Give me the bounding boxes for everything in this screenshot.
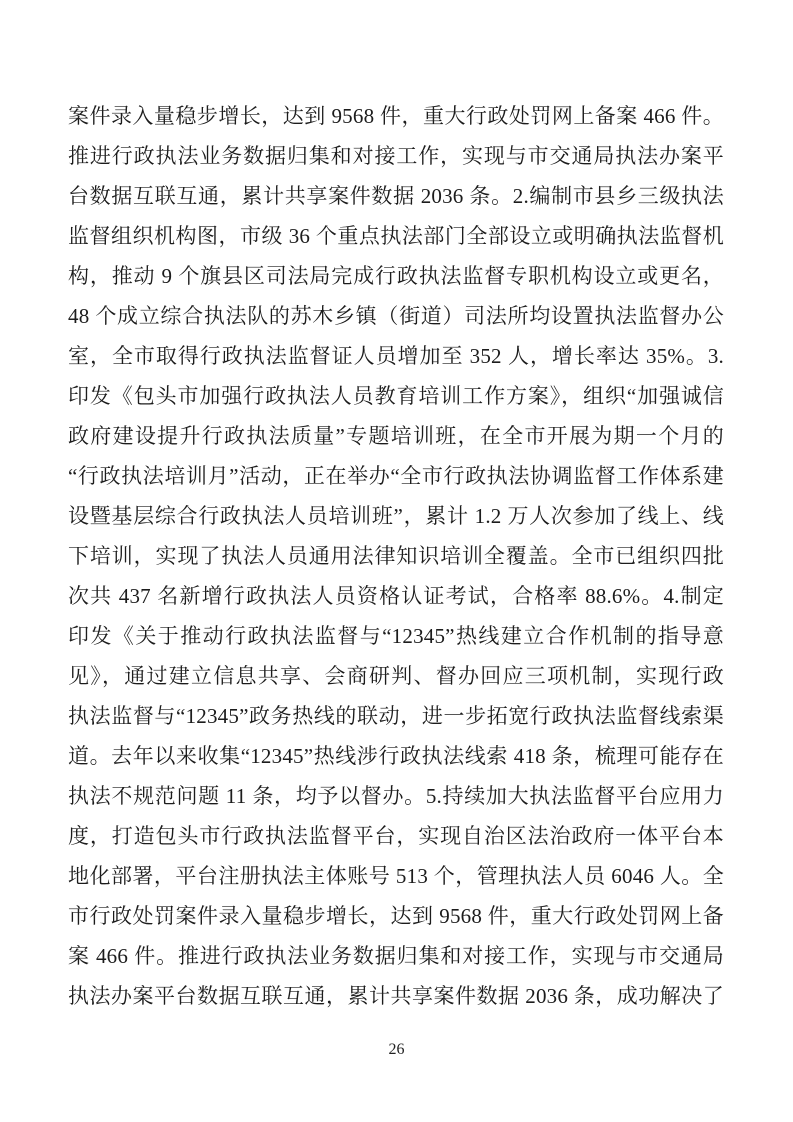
text-line: 度，打造包头市行政执法监督平台，实现自治区法治政府一体平台本 — [68, 816, 724, 856]
text-line: 室，全市取得行政执法监督证人员增加至 352 人，增长率达 35%。3. — [68, 336, 724, 376]
text-line: 执法监督与“12345”政务热线的联动，进一步拓宽行政执法监督线索渠 — [68, 696, 724, 736]
text-line: 印发《包头市加强行政执法人员教育培训工作方案》，组织“加强诚信 — [68, 376, 724, 416]
text-line: 见》，通过建立信息共享、会商研判、督办回应三项机制，实现行政 — [68, 656, 724, 696]
document-page: 案件录入量稳步增长，达到 9568 件，重大行政处罚网上备案 466 件。推进行… — [0, 0, 793, 1122]
text-line: 市行政处罚案件录入量稳步增长，达到 9568 件，重大行政处罚网上备 — [68, 896, 724, 936]
text-line: 执法不规范问题 11 条，均予以督办。5.持续加大执法监督平台应用力 — [68, 776, 724, 816]
text-line: 构，推动 9 个旗县区司法局完成行政执法监督专职机构设立或更名， — [68, 256, 724, 296]
page-number: 26 — [0, 1040, 793, 1060]
text-line: 案件录入量稳步增长，达到 9568 件，重大行政处罚网上备案 466 件。 — [68, 96, 724, 136]
text-line: 48 个成立综合执法队的苏木乡镇（街道）司法所均设置执法监督办公 — [68, 296, 724, 336]
text-line: 执法办案平台数据互联互通，累计共享案件数据 2036 条，成功解决了 — [68, 976, 724, 1016]
text-line: 下培训，实现了执法人员通用法律知识培训全覆盖。全市已组织四批 — [68, 536, 724, 576]
text-line: 印发《关于推动行政执法监督与“12345”热线建立合作机制的指导意 — [68, 616, 724, 656]
text-line: 监督组织机构图，市级 36 个重点执法部门全部设立或明确执法监督机 — [68, 216, 724, 256]
text-line: 案 466 件。推进行政执法业务数据归集和对接工作，实现与市交通局 — [68, 936, 724, 976]
document-body-text: 案件录入量稳步增长，达到 9568 件，重大行政处罚网上备案 466 件。推进行… — [68, 96, 724, 1016]
text-line: 次共 437 名新增行政执法人员资格认证考试，合格率 88.6%。4.制定 — [68, 576, 724, 616]
text-line: 地化部署，平台注册执法主体账号 513 个，管理执法人员 6046 人。全 — [68, 856, 724, 896]
text-line: 道。去年以来收集“12345”热线涉行政执法线索 418 条，梳理可能存在 — [68, 736, 724, 776]
text-line: 政府建设提升行政执法质量”专题培训班，在全市开展为期一个月的 — [68, 416, 724, 456]
text-line: 推进行政执法业务数据归集和对接工作，实现与市交通局执法办案平 — [68, 136, 724, 176]
text-line: 台数据互联互通，累计共享案件数据 2036 条。2.编制市县乡三级执法 — [68, 176, 724, 216]
text-line: 设暨基层综合行政执法人员培训班”，累计 1.2 万人次参加了线上、线 — [68, 496, 724, 536]
text-line: “行政执法培训月”活动，正在举办“全市行政执法协调监督工作体系建 — [68, 456, 724, 496]
